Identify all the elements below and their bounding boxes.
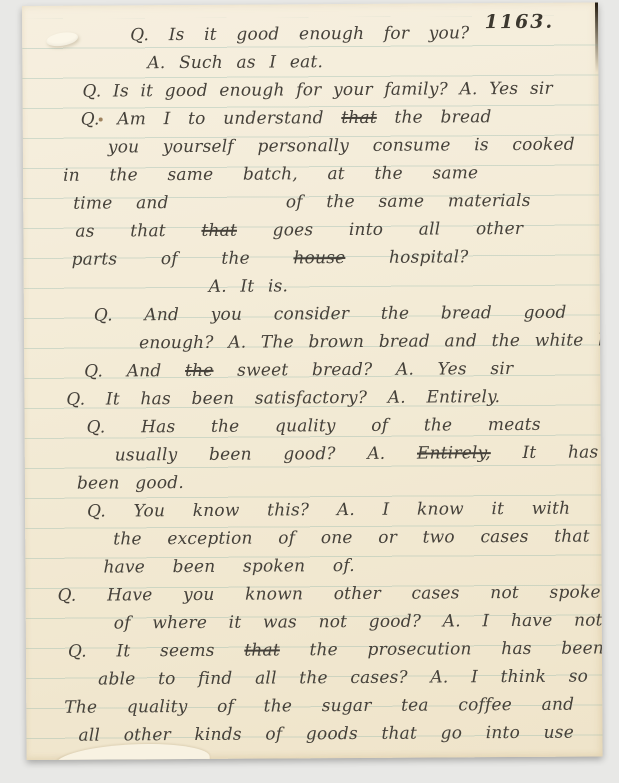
- handwritten-text: the prosecution has been: [309, 638, 602, 660]
- handwritten-text: time and: [73, 193, 169, 214]
- handwritten-line: enough? A. The brown bread and the white…: [24, 326, 600, 358]
- handwritten-text: you yourself personally consume is cooke…: [108, 135, 575, 158]
- handwritten-text: parts of the: [71, 249, 249, 270]
- scan-background: 1163. Q. Is it good enough for you?A. Su…: [0, 0, 619, 783]
- handwritten-text: all other kinds of goods that go into us…: [78, 723, 574, 746]
- handwritten-line: Q. And the sweet bread? A. Yes sir: [24, 354, 600, 386]
- handwritten-text: The quality of the sugar tea coffee and: [64, 695, 574, 718]
- handwritten-text: Q. It seems: [68, 641, 215, 662]
- handwritten-line: you yourself personally consume is cooke…: [23, 130, 599, 162]
- paper-top-edge: [22, 2, 598, 9]
- handwritten-text: Q. And: [84, 361, 161, 381]
- handwritten-text: sweet bread? A. Yes sir: [237, 359, 513, 381]
- handwritten-line: Q. And you consider the bread good: [24, 298, 600, 330]
- handwritten-text: of where it was not good? A. I have not,: [114, 610, 603, 633]
- handwritten-text: Q. Has the quality of the meats: [87, 415, 541, 438]
- handwritten-line: Q. It has been satisfactory? A. Entirely…: [24, 382, 600, 414]
- handwritten-line: Q. Has the quality of the meats: [24, 410, 600, 442]
- struck-word: that: [341, 108, 377, 128]
- handwritten-line: Q. Is it good enough for you?: [22, 18, 598, 50]
- handwritten-text: It has: [522, 442, 598, 462]
- handwritten-line: been good.: [25, 466, 601, 498]
- handwritten-line: A. It is.: [24, 270, 600, 302]
- spacing-gap: [192, 207, 262, 208]
- handwritten-text: been good.: [77, 473, 184, 494]
- handwritten-text: Q. Is it good enough for your family? A.…: [82, 79, 552, 102]
- handwritten-line: in the same batch, at the same: [23, 158, 599, 190]
- handwritten-text: in the same batch, at the same: [63, 163, 478, 186]
- handwritten-text: have been spoken of.: [103, 556, 355, 578]
- handwritten-line: Q. Is it good enough for your family? A.…: [22, 74, 598, 106]
- struck-word: house: [293, 248, 345, 268]
- handwritten-line: the exception of one or two cases that: [25, 522, 601, 554]
- handwritten-text: enough? A. The brown bread and the white…: [139, 330, 603, 353]
- handwritten-line: as that that goes into all other: [23, 214, 599, 246]
- struck-word: that: [201, 221, 237, 241]
- handwritten-text: the bread: [394, 107, 491, 128]
- handwritten-line: The quality of the sugar tea coffee and: [26, 690, 602, 722]
- handwritten-line: of where it was not good? A. I have not,: [26, 606, 602, 638]
- handwritten-text: usually been good? A.: [115, 444, 386, 466]
- handwritten-text: A. Such as I eat.: [147, 52, 323, 73]
- handwritten-text: able to find all the cases? A. I think s…: [98, 667, 588, 690]
- handwriting-lines: Q. Is it good enough for you?A. Such as …: [22, 18, 602, 750]
- handwritten-text: Q. And you consider the bread good: [94, 303, 567, 326]
- handwritten-line: Q. Have you known other cases not spoken: [26, 578, 602, 610]
- handwritten-text: Q. Have you known other cases not spoken: [58, 582, 603, 605]
- handwritten-line: parts of the house hospital?: [23, 242, 599, 274]
- handwritten-line: Q. It seems that the prosecution has bee…: [26, 634, 602, 666]
- handwritten-line: all other kinds of goods that go into us…: [26, 718, 602, 750]
- struck-word: that: [244, 640, 280, 660]
- handwritten-text: Q. You know this? A. I know it with: [87, 499, 570, 522]
- handwritten-line: have been spoken of.: [25, 550, 601, 582]
- handwritten-line: Q. Am I to understand that the bread: [23, 102, 599, 134]
- handwritten-line: usually been good? A. Entirely, It has: [25, 438, 601, 470]
- handwritten-line: Q. You know this? A. I know it with: [25, 494, 601, 526]
- handwritten-text: hospital?: [389, 247, 469, 267]
- handwritten-text: Q. Am I to understand: [81, 108, 324, 129]
- handwritten-text: the exception of one or two cases that: [113, 527, 590, 550]
- handwritten-line: time and of the same materials: [23, 186, 599, 218]
- handwritten-line: A. Such as I eat.: [22, 46, 598, 78]
- handwritten-text: goes into all other: [273, 219, 524, 241]
- handwritten-text: A. It is.: [209, 276, 289, 296]
- handwritten-line: able to find all the cases? A. I think s…: [26, 662, 602, 694]
- handwritten-text: Q. Is it good enough for you?: [130, 23, 469, 45]
- paper-page: 1163. Q. Is it good enough for you?A. Su…: [22, 2, 603, 760]
- struck-word: the: [185, 361, 214, 381]
- struck-word: Entirely,: [417, 443, 491, 463]
- handwritten-text: as that: [75, 221, 166, 242]
- handwritten-text: Q. It has been satisfactory? A. Entirely…: [66, 387, 500, 410]
- handwritten-text: of the same materials: [286, 191, 531, 212]
